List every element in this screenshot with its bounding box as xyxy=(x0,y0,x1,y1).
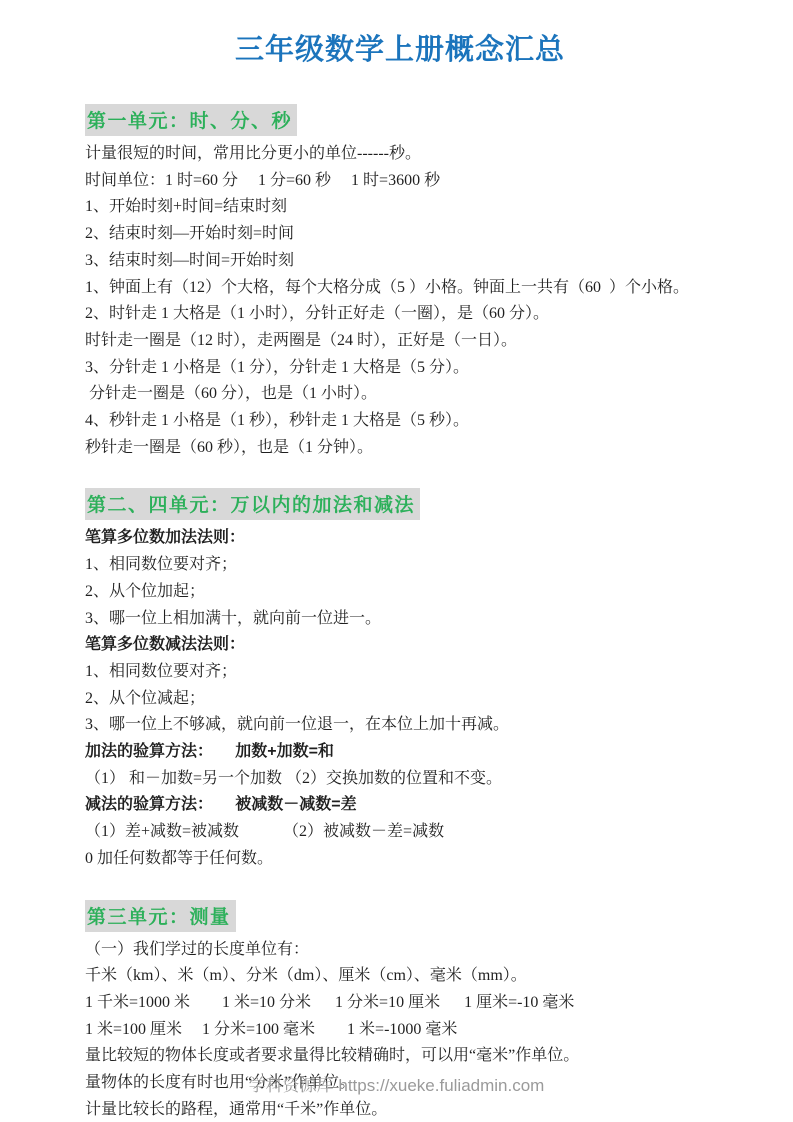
body-line: 计量很短的时间，常用比分更小的单位------秒。 xyxy=(85,141,715,168)
body-line-bold: 笔算多位数减法法则： xyxy=(85,632,715,659)
body-line-bold: 笔算多位数加法法则： xyxy=(85,525,715,552)
body-line: （1）差+减数=被减数 （2）被减数－差=减数 xyxy=(85,819,715,846)
body-line: 1 千米=1000 米 1 米=10 分米 1 分米=10 厘米 1 厘米=-1… xyxy=(85,990,715,1017)
section-heading: 第三单元：测量 xyxy=(85,900,236,932)
body-line: 3、分针走 1 小格是（1 分），分针走 1 大格是（5 分）。 xyxy=(85,355,715,382)
watermark: 学科资源库 https://xueke.fuliadmin.com xyxy=(249,1071,545,1096)
body-line: （一）我们学过的长度单位有： xyxy=(85,937,715,964)
page-title: 三年级数学上册概念汇总 xyxy=(85,27,715,68)
section-heading: 第二、四单元：万以内的加法和减法 xyxy=(85,488,420,520)
body-line: 1、开始时刻+时间=结束时刻 xyxy=(85,194,715,221)
body-line: 2、从个位减起； xyxy=(85,686,715,713)
body-line: 计量比较长的路程，通常用“千米”作单位。 xyxy=(85,1097,715,1122)
body-line: 时间单位：1 时=60 分 1 分=60 秒 1 时=3600 秒 xyxy=(85,168,715,195)
section-heading: 第一单元：时、分、秒 xyxy=(85,104,297,136)
body-line-bold: 减法的验算方法： 被减数－减数=差 xyxy=(85,792,715,819)
body-line: 2、从个位加起； xyxy=(85,579,715,606)
section-unit-1: 第一单元：时、分、秒 计量很短的时间，常用比分更小的单位------秒。 时间单… xyxy=(85,104,715,461)
body-line: 时针走一圈是（12 时），走两圈是（24 时），正好是（一日）。 xyxy=(85,328,715,355)
body-line: 1、相同数位要对齐； xyxy=(85,552,715,579)
body-line: 3、哪一位上不够减，就向前一位退一，在本位上加十再减。 xyxy=(85,712,715,739)
document-page: 三年级数学上册概念汇总 第一单元：时、分、秒 计量很短的时间，常用比分更小的单位… xyxy=(0,0,793,1122)
body-line: （1） 和－加数=另一个加数 （2）交换加数的位置和不变。 xyxy=(85,766,715,793)
body-line: 千米（km）、米（m）、分米（dm）、厘米（cm）、毫米（mm）。 xyxy=(85,963,715,990)
body-line: 1 米=100 厘米 1 分米=100 毫米 1 米=-1000 毫米 xyxy=(85,1017,715,1044)
body-line: 4、秒针走 1 小格是（1 秒），秒针走 1 大格是（5 秒）。 xyxy=(85,408,715,435)
body-line: 2、时针走 1 大格是（1 小时），分针正好走（一圈），是（60 分）。 xyxy=(85,301,715,328)
body-line: 0 加任何数都等于任何数。 xyxy=(85,846,715,873)
body-line: 秒针走一圈是（60 秒），也是（1 分钟）。 xyxy=(85,435,715,462)
section-unit-2-4: 第二、四单元：万以内的加法和减法 笔算多位数加法法则： 1、相同数位要对齐； 2… xyxy=(85,488,715,872)
body-line: 分针走一圈是（60 分），也是（1 小时）。 xyxy=(85,381,715,408)
body-line: 1、钟面上有（12）个大格，每个大格分成（5 ）小格。钟面上一共有（60 ）个小… xyxy=(85,275,715,302)
body-line: 3、结束时刻—时间=开始时刻 xyxy=(85,248,715,275)
body-line-bold: 加法的验算方法： 加数+加数=和 xyxy=(85,739,715,766)
body-line: 3、哪一位上相加满十，就向前一位进一。 xyxy=(85,606,715,633)
body-line: 2、结束时刻—开始时刻=时间 xyxy=(85,221,715,248)
body-line: 1、相同数位要对齐； xyxy=(85,659,715,686)
body-line: 量比较短的物体长度或者要求量得比较精确时，可以用“毫米”作单位。 xyxy=(85,1043,715,1070)
